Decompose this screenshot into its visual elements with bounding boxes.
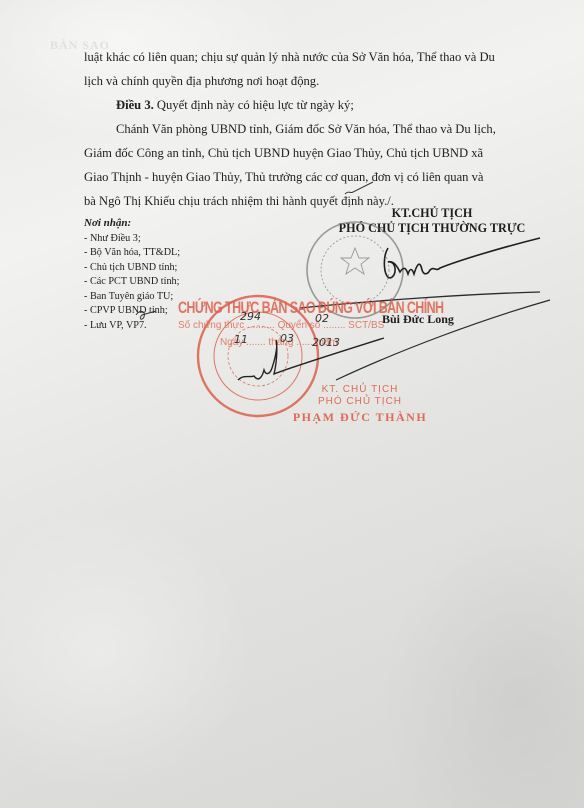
paragraph-1-line-2: lịch và chính quyền địa phương nơi hoạt … bbox=[84, 69, 539, 93]
signature-icon bbox=[384, 238, 540, 278]
certification-record-line: Số chứng thực .......... Quyển số ......… bbox=[178, 320, 384, 331]
recipient-item: - Bộ Văn hóa, TT&DL; bbox=[84, 246, 180, 261]
recipient-item: - Các PCT UBND tỉnh; bbox=[84, 275, 180, 290]
certification-stamp-title: CHỨNG THỰC BẢN SAO ĐÚNG VỚI BẢN CHÍNH bbox=[178, 298, 443, 317]
certification-year: 2013 bbox=[312, 336, 340, 349]
paragraph-2-line-3: Giao Thịnh - huyện Giao Thủy, Thủ trưởng… bbox=[84, 165, 539, 189]
article-3: Điều 3. Quyết định này có hiệu lực từ ng… bbox=[84, 93, 539, 117]
certification-signer-title-2: PHÓ CHỦ TỊCH bbox=[280, 396, 440, 407]
signature-title-line-1: KT.CHỦ TỊCH bbox=[322, 206, 542, 221]
book-number: 02 bbox=[315, 312, 329, 325]
paragraph-2-line-1: Chánh Văn phòng UBND tỉnh, Giám đốc Sở V… bbox=[84, 117, 539, 141]
recipient-item: - Chủ tịch UBND tỉnh; bbox=[84, 261, 180, 276]
signature-title-block: KT.CHỦ TỊCH PHÓ CHỦ TỊCH THƯỜNG TRỰC bbox=[322, 206, 542, 236]
recipient-item: - Như Điều 3; bbox=[84, 232, 180, 247]
recipients-heading: Nơi nhận: bbox=[84, 216, 180, 231]
certification-signer-title-1: KT. CHỦ TỊCH bbox=[280, 384, 440, 395]
record-number: 294 bbox=[240, 310, 261, 323]
paragraph-2-line-2: Giám đốc Công an tỉnh, Chủ tịch UBND huy… bbox=[84, 141, 539, 165]
recipients-list: Nơi nhận: - Như Điều 3; - Bộ Văn hóa, TT… bbox=[84, 216, 180, 333]
signature-title-line-2: PHÓ CHỦ TỊCH THƯỜNG TRỰC bbox=[322, 221, 542, 236]
certification-month: 03 bbox=[280, 332, 294, 345]
certification-day: 11 bbox=[234, 333, 248, 346]
recipient-item: - Ban Tuyên giáo TU; bbox=[84, 290, 180, 305]
document-body: luật khác có liên quan; chịu sự quản lý … bbox=[84, 45, 539, 213]
article-3-label: Điều 3. bbox=[116, 98, 154, 112]
paragraph-1-line-1: luật khác có liên quan; chịu sự quản lý … bbox=[84, 45, 539, 69]
recipient-item: - CPVP UBND tỉnh; bbox=[84, 304, 180, 319]
certification-signer-name: PHẠM ĐỨC THÀNH bbox=[280, 410, 440, 425]
recipient-item: - Lưu VP, VP7. bbox=[84, 319, 180, 334]
article-3-text: Quyết định này có hiệu lực từ ngày ký; bbox=[154, 98, 354, 112]
